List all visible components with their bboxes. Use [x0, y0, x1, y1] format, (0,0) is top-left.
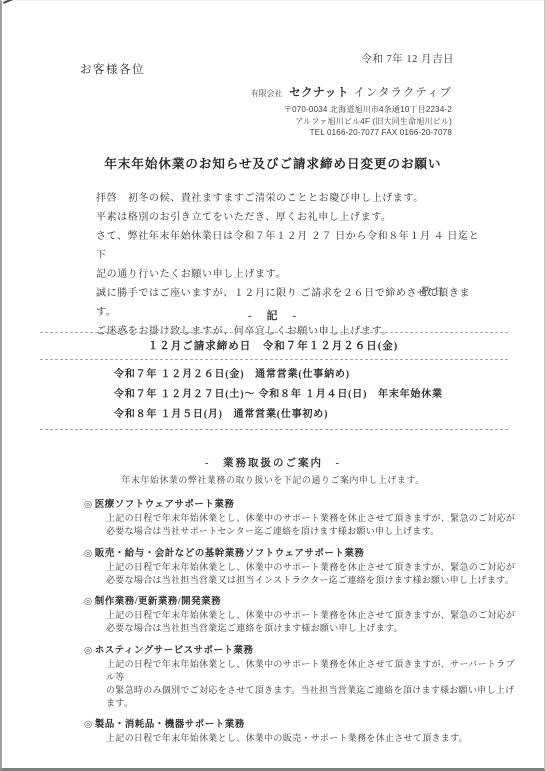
section-line: 上記の日程で年末年始休業とし、休業中のサポート業務を休止させて頂きますが、緊急の… — [106, 512, 520, 525]
schedule-line: 令和８年 １月５日(月) 通常営業(仕事初め) — [114, 405, 514, 425]
section-line: 必要な場合は当社担当営業又は担当インストラクター迄ご連絡を頂けます様お願い申し上… — [106, 574, 520, 587]
body-line: 記の通り行いたくお願い申し上げます。 — [96, 265, 484, 284]
company-logo-main: セクナット — [289, 87, 349, 99]
section-title-text: 製品・消耗品・機器サポート業務 — [95, 720, 245, 730]
dashed-separator — [40, 332, 508, 333]
double-circle-bullet: ◎ — [84, 500, 93, 510]
section-line: 必要な場合は当社担当営業迄ご連絡を頂けます様お願い申し上げます。 — [106, 622, 520, 635]
guide-section-core-software: ◎販売・給与・会計などの基幹業務ソフトウェアサポート業務 上記の日程で年末年始休… — [84, 548, 520, 587]
record-marker: - 記 - — [2, 307, 544, 323]
schedule-line: 令和７年 １２月２７日(土)～ 令和８年 １月４日(日) 年末年始休業 — [114, 385, 514, 405]
sender-block: 有限会社 セクナット インタラクティブ 〒070-0034 北海道旭川市4条通1… — [251, 83, 452, 139]
section-line: 上記の日程で年末年始休業とし、休業中のサポート業務を休止させて頂きますが、サーバ… — [106, 658, 520, 684]
section-title-text: 販売・給与・会計などの基幹業務ソフトウェアサポート業務 — [95, 549, 365, 559]
section-title: ◎販売・給与・会計などの基幹業務ソフトウェアサポート業務 — [84, 548, 520, 561]
section-title: ◎医療ソフトウェアサポート業務 — [84, 499, 520, 512]
section-line: の緊急時のみ個別でご対応をさせて頂きます。当社担当営業迄ご連絡を頂けます様お願い… — [106, 684, 520, 710]
section-title: ◎ホスティングサービスサポート業務 — [84, 645, 520, 658]
body-line: 拝啓 初冬の候、貴社ますますご清栄のこととお慶び申し上げます。 — [96, 189, 484, 208]
dashed-separator — [40, 359, 508, 360]
body-line: 平素は格別のお引き立てをいただき、厚くお礼申し上げます。 — [96, 208, 484, 227]
section-title: ◎製品・消耗品・機器サポート業務 — [84, 719, 520, 732]
section-title-text: 医療ソフトウェアサポート業務 — [95, 500, 235, 510]
company-logo-sub: インタラクティブ — [353, 87, 452, 99]
guide-section-production: ◎制作業務/更新業務/開発業務 上記の日程で年末年始休業とし、休業中のサポート業… — [84, 596, 520, 635]
billing-deadline: １２月ご請求締め日 令和７年１２月２６日(金) — [2, 338, 544, 353]
double-circle-bullet: ◎ — [84, 720, 93, 730]
body-line: さて、弊社年末年始休業日は令和７年１２月 ２７ 日から令和８年１月 ４ 日迄と下 — [96, 227, 484, 265]
section-title-text: ホスティングサービスサポート業務 — [95, 646, 254, 656]
schedule-line: 令和７年 １２月２６日(金) 通常営業(仕事納め) — [114, 365, 514, 385]
double-circle-bullet: ◎ — [84, 549, 93, 559]
company-prefix: 有限会社 — [251, 89, 283, 98]
guide-section-medical: ◎医療ソフトウェアサポート業務 上記の日程で年末年始休業とし、休業中のサポート業… — [84, 499, 520, 538]
section-line: 上記の日程で年末年始休業とし、休業中の販売・サポート業務を休止させて頂きます。 — [106, 732, 520, 745]
guide-subheading: 年末年始休業の弊社業務の取り扱いを下記の通りご案内申し上げます。 — [2, 473, 544, 486]
double-circle-bullet: ◎ — [84, 597, 93, 607]
double-circle-bullet: ◎ — [84, 646, 93, 656]
guide-sections: ◎医療ソフトウェアサポート業務 上記の日程で年末年始休業とし、休業中のサポート業… — [84, 499, 520, 745]
building-address: アルファ旭川ビル4F (旧大同生命旭川ビル) — [251, 116, 452, 128]
dashed-separator — [40, 429, 508, 430]
company-name-line: 有限会社 セクナット インタラクティブ — [251, 83, 452, 101]
schedule-block: 令和７年 １２月２６日(金) 通常営業(仕事納め) 令和７年 １２月２７日(土)… — [114, 365, 514, 425]
tel-fax: TEL 0166-20-7077 FAX 0166-20-7078 — [251, 127, 452, 139]
guide-block: - 業務取扱のご案内 - 年末年始休業の弊社業務の取り扱いを下記の通りご案内申し… — [2, 455, 544, 755]
letter-page: 令和 7年 12 月吉日 お客様各位 有限会社 セクナット インタラクティブ 〒… — [0, 0, 545, 771]
section-line: 上記の日程で年末年始休業とし、休業中のサポート業務を休止させて頂きますが、緊急の… — [106, 561, 520, 574]
letter-title: 年末年始休業のお知らせ及びご請求締め日変更のお願い — [2, 154, 544, 172]
letter-date: 令和 7年 12 月吉日 — [361, 51, 454, 66]
section-title-text: 制作業務/更新業務/開発業務 — [95, 597, 221, 607]
postal-address: 〒070-0034 北海道旭川市4条通10丁目2234-2 — [251, 104, 452, 116]
guide-heading: - 業務取扱のご案内 - — [2, 455, 544, 470]
closing-keigu: 敬具 — [421, 284, 446, 299]
section-line: 上記の日程で年末年始休業とし、休業中のサポート業務を休止させて頂きますが、緊急の… — [106, 609, 520, 622]
section-line: 必要な場合は当社サポートセンター迄ご連絡を頂けます様お願い申し上げます。 — [106, 525, 520, 538]
recipient: お客様各位 — [80, 61, 145, 77]
section-title: ◎制作業務/更新業務/開発業務 — [84, 596, 520, 609]
guide-section-hosting: ◎ホスティングサービスサポート業務 上記の日程で年末年始休業とし、休業中のサポー… — [84, 645, 520, 710]
scan-corner-artifact — [3, 0, 16, 4]
guide-section-products: ◎製品・消耗品・機器サポート業務 上記の日程で年末年始休業とし、休業中の販売・サ… — [84, 719, 520, 745]
